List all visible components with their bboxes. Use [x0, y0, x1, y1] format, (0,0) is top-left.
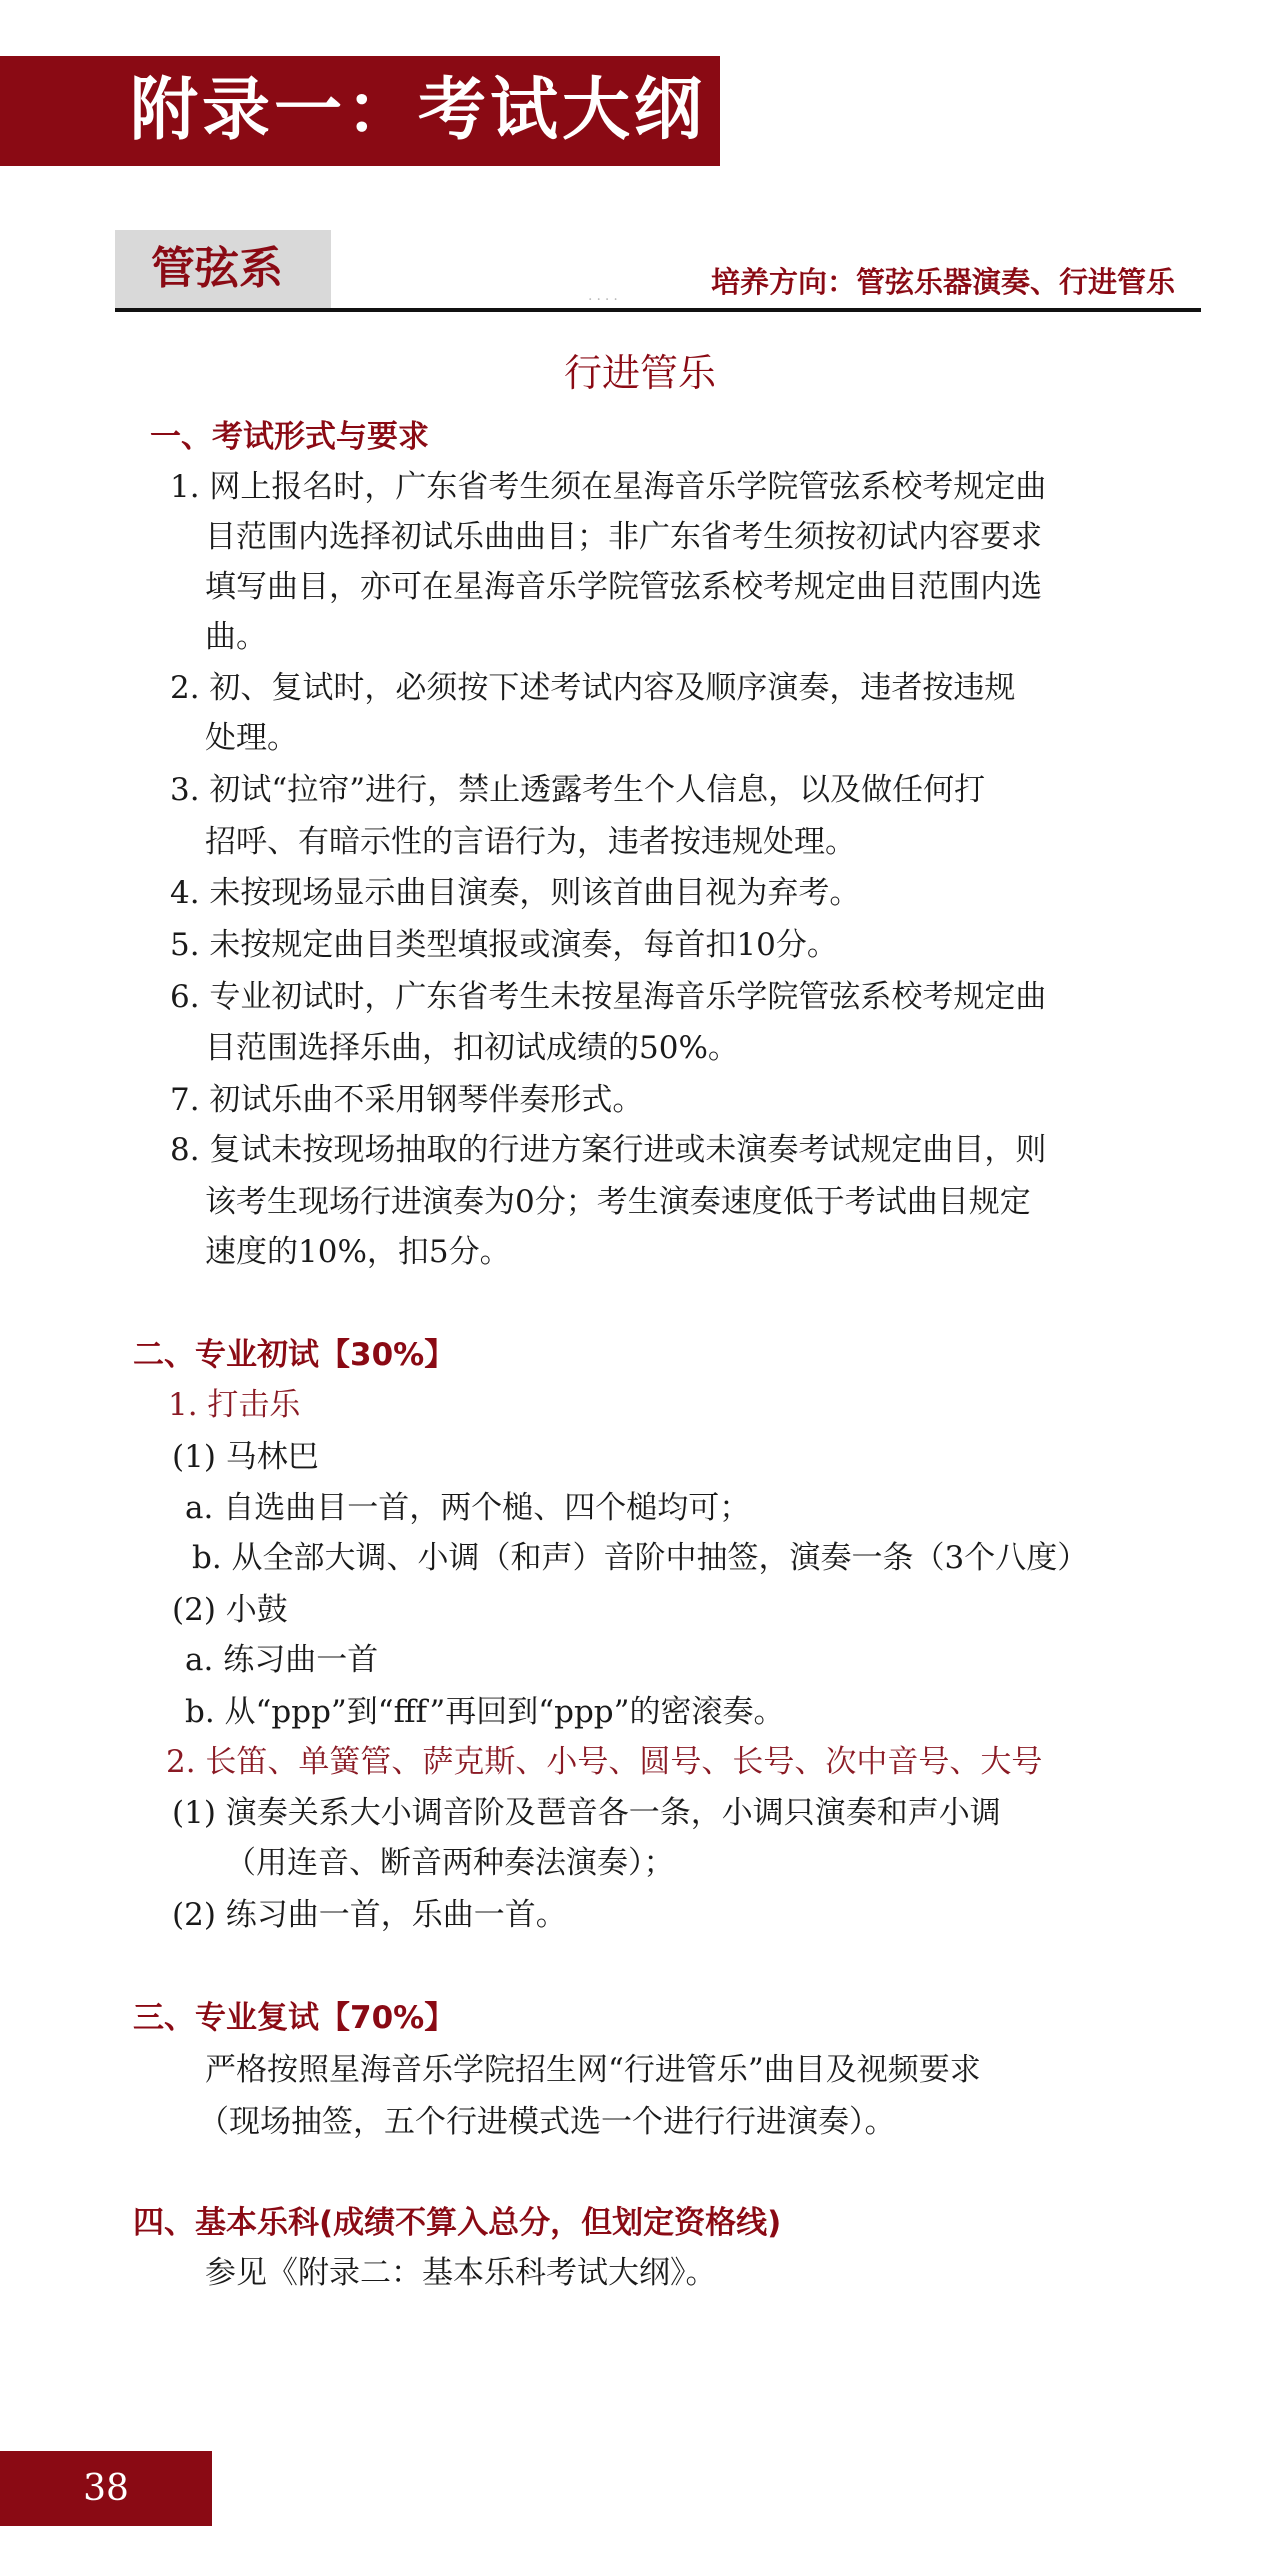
- winds-item-1-cont: （用连音、断音两种奏法演奏）；: [225, 1841, 675, 1885]
- rule-6-line-2: 目范围选择乐曲，扣初试成绩的50%。: [205, 1026, 739, 1070]
- rule-7: 7. 初试乐曲不采用钢琴伴奏形式。: [170, 1078, 643, 1122]
- snare-item-a: a. 练习曲一首: [185, 1638, 378, 1682]
- training-direction: 培养方向：管弦乐器演奏、行进管乐: [711, 262, 1175, 302]
- rule-4: 4. 未按现场显示曲目演奏，则该首曲目视为弃考。: [170, 871, 860, 915]
- department-label: 管弦系: [151, 236, 283, 302]
- percussion-title: 1. 打击乐: [168, 1383, 300, 1427]
- winds-item-2: (2) 练习曲一首，乐曲一首。: [172, 1893, 567, 1937]
- final-line-1: 严格按照星海音乐学院招生网“行进管乐”曲目及视频要求: [205, 2048, 981, 2092]
- appendix-banner: 附录一：考试大纲: [0, 56, 720, 166]
- leader-dots: ....: [588, 288, 622, 304]
- rule-1-line-3: 填写曲目，亦可在星海音乐学院管弦系校考规定曲目范围内选: [205, 565, 1042, 609]
- header-divider: [115, 308, 1201, 312]
- basic-music-reference: 参见《附录二：基本乐科考试大纲》。: [205, 2251, 717, 2295]
- section-heading-final: 三、专业复试【70%】: [133, 1996, 455, 2040]
- snare-item-b: b. 从“ppp”到“fff”再回到“ppp”的密滚奏。: [185, 1690, 785, 1734]
- rule-5: 5. 未按规定曲目类型填报或演奏，每首扣10分。: [170, 923, 838, 967]
- snare-title: (2) 小鼓: [172, 1588, 288, 1632]
- winds-item-1: (1) 演奏关系大小调音阶及琶音各一条，小调只演奏和声小调: [172, 1791, 1001, 1835]
- major-title: 行进管乐: [0, 348, 1280, 398]
- rule-1-line-2: 目范围内选择初试乐曲曲目；非广东省考生须按初试内容要求: [205, 515, 1042, 559]
- marimba-item-b: b. 从全部大调、小调（和声）音阶中抽签，演奏一条（3个八度）: [192, 1536, 1088, 1580]
- rule-1-line-1: 1. 网上报名时，广东省考生须在星海音乐学院管弦系校考规定曲: [170, 465, 1046, 509]
- rule-2-line-2: 处理。: [205, 716, 298, 760]
- rule-2-line-1: 2. 初、复试时，必须按下述考试内容及顺序演奏，违者按违规: [170, 666, 1015, 710]
- marimba-title: (1) 马林巴: [172, 1435, 319, 1479]
- rule-8-line-1: 8. 复试未按现场抽取的行进方案行进或未演奏考试规定曲目，则: [170, 1128, 1046, 1172]
- section-heading-exam-format: 一、考试形式与要求: [150, 415, 429, 459]
- section-heading-preliminary: 二、专业初试【30%】: [133, 1333, 455, 1377]
- winds-title: 2. 长笛、单簧管、萨克斯、小号、圆号、长号、次中音号、大号: [166, 1740, 1042, 1784]
- rule-3-line-2: 招呼、有暗示性的言语行为，违者按违规处理。: [205, 820, 856, 864]
- page-number-box: 38: [0, 2451, 212, 2526]
- rule-8-line-2: 该考生现场行进演奏为0分；考生演奏速度低于考试曲目规定: [205, 1180, 1031, 1224]
- rule-6-line-1: 6. 专业初试时，广东省考生未按星海音乐学院管弦系校考规定曲: [170, 975, 1046, 1019]
- rule-1-line-4: 曲。: [205, 615, 267, 659]
- rule-3-line-1: 3. 初试“拉帘”进行，禁止透露考生个人信息，以及做任何打: [170, 768, 985, 812]
- final-line-2: （现场抽签，五个行进模式选一个进行行进演奏）。: [198, 2100, 896, 2144]
- page-number: 38: [0, 2451, 212, 2526]
- rule-8-line-3: 速度的10%，扣5分。: [205, 1230, 511, 1274]
- department-tag: 管弦系: [115, 230, 331, 310]
- appendix-title: 附录一：考试大纲: [130, 66, 706, 156]
- section-heading-basic-music: 四、基本乐科(成绩不算入总分，但划定资格线): [133, 2201, 781, 2245]
- marimba-item-a: a. 自选曲目一首，两个槌、四个槌均可；: [185, 1486, 750, 1530]
